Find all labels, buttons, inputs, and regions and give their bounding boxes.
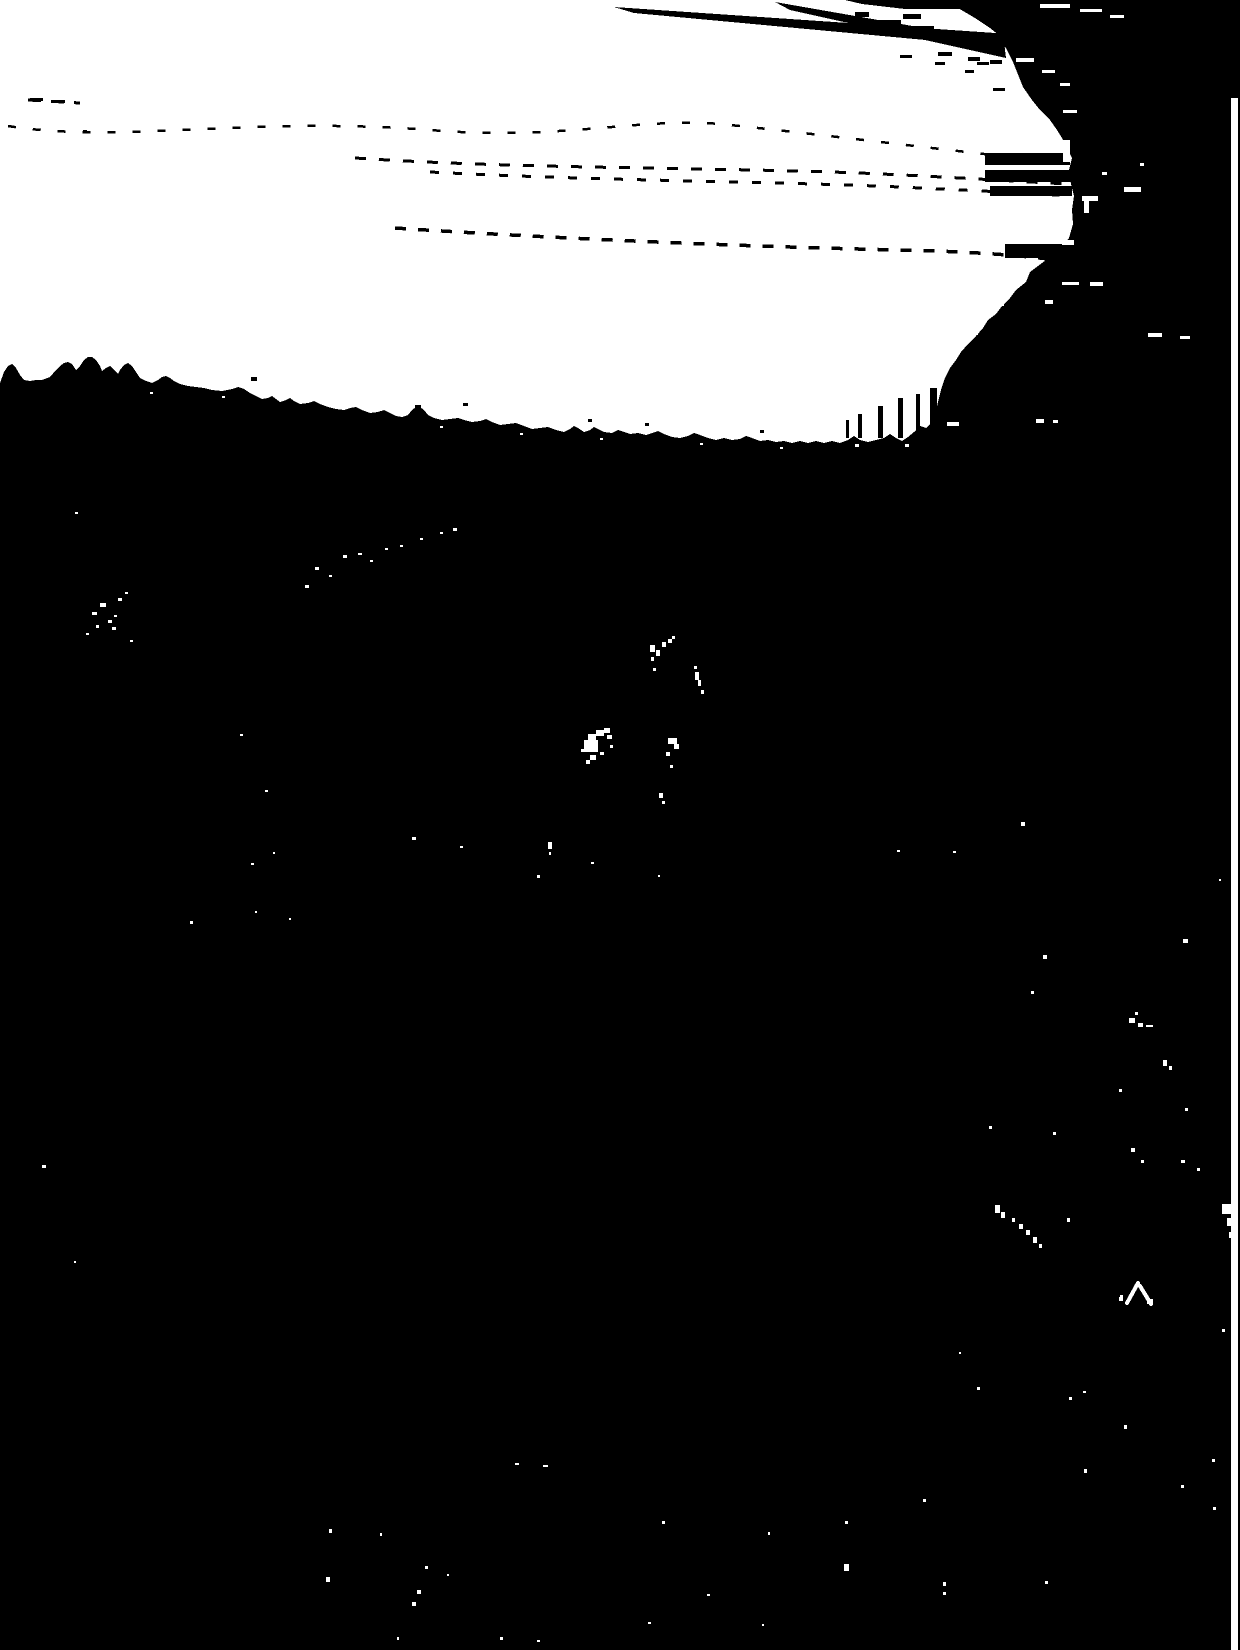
speckle xyxy=(326,1577,330,1582)
speckle xyxy=(1039,1244,1042,1248)
thin-tree xyxy=(916,394,920,436)
speckle xyxy=(953,851,956,853)
speckle xyxy=(1232,1276,1235,1279)
speckle xyxy=(1135,1012,1138,1015)
speckle xyxy=(1138,1023,1143,1027)
thin-tree xyxy=(858,414,862,438)
speckle xyxy=(1045,1581,1048,1584)
white-artifact xyxy=(1062,240,1074,245)
speckle xyxy=(150,392,153,394)
speckle xyxy=(656,650,660,656)
speckle xyxy=(977,1387,980,1390)
speckle xyxy=(255,911,257,913)
speckle xyxy=(118,598,122,601)
speckle xyxy=(1163,1060,1167,1066)
thin-tree xyxy=(846,420,849,438)
speckle xyxy=(425,1566,428,1569)
speckle xyxy=(412,837,416,840)
speckle xyxy=(1067,1218,1070,1222)
binarized-outdoor-photo xyxy=(0,0,1240,1650)
speckle xyxy=(397,1637,399,1640)
speckle xyxy=(923,1499,926,1502)
speckle xyxy=(943,1582,946,1586)
speckle xyxy=(537,875,540,878)
speckle xyxy=(543,1465,548,1467)
speckle xyxy=(588,734,596,740)
white-artifact xyxy=(998,302,1004,306)
speckle xyxy=(701,690,704,694)
speckle xyxy=(672,636,675,639)
white-artifact xyxy=(1036,419,1044,423)
speckle xyxy=(674,744,679,749)
white-artifact xyxy=(1124,187,1141,192)
white-artifact xyxy=(1080,9,1102,12)
speckle xyxy=(844,1564,849,1571)
edge-stripe xyxy=(1231,98,1238,1650)
speckle xyxy=(700,443,703,445)
speckle xyxy=(1012,1218,1015,1222)
speckle xyxy=(1019,1224,1023,1229)
speckle xyxy=(1185,1108,1188,1111)
speckle xyxy=(1213,1507,1216,1510)
sky-dash xyxy=(912,26,934,32)
speckle xyxy=(653,668,656,671)
speckle xyxy=(1219,879,1221,881)
speckle xyxy=(707,1594,710,1596)
speckle xyxy=(600,438,603,440)
speckle xyxy=(380,1533,382,1536)
speckle xyxy=(905,444,909,447)
speckle xyxy=(658,875,660,877)
speckle xyxy=(845,1521,848,1524)
white-artifact xyxy=(1090,282,1103,286)
speckle xyxy=(586,760,590,764)
floater-dot xyxy=(415,405,421,408)
speckle xyxy=(453,528,457,531)
white-artifact xyxy=(1148,333,1162,337)
speckle xyxy=(108,620,112,623)
speckle xyxy=(1119,1297,1123,1301)
speckle xyxy=(417,1590,421,1594)
speckle xyxy=(74,1261,76,1263)
speckle xyxy=(343,555,347,558)
speckle xyxy=(549,852,551,855)
speckle xyxy=(1229,1232,1234,1238)
speckle xyxy=(385,548,388,550)
speckle xyxy=(897,850,900,852)
speckle xyxy=(370,560,373,562)
white-artifact xyxy=(1102,172,1107,175)
white-artifact xyxy=(1084,201,1089,213)
speckle xyxy=(666,752,670,756)
speckle xyxy=(943,1592,946,1595)
speckle xyxy=(659,793,663,798)
sky-dash xyxy=(903,14,921,19)
speckle xyxy=(240,734,243,736)
sky-dash xyxy=(935,62,945,65)
speckle xyxy=(648,1622,651,1624)
speckle xyxy=(100,603,106,607)
thin-tree xyxy=(898,398,903,438)
speckle xyxy=(92,612,97,615)
speckle xyxy=(695,672,699,680)
speckle xyxy=(1031,991,1034,994)
thin-tree xyxy=(930,388,937,426)
sky-dash xyxy=(83,130,87,133)
speckle xyxy=(460,846,463,848)
sky-dash xyxy=(900,55,912,58)
sky-dash xyxy=(968,57,980,61)
speckle xyxy=(1222,1329,1225,1332)
speckle xyxy=(1119,1089,1122,1092)
speckle xyxy=(222,396,225,398)
speckle xyxy=(662,801,665,804)
speckle xyxy=(412,1602,416,1606)
floater-dot xyxy=(251,377,257,381)
speckle xyxy=(1227,1218,1234,1226)
speckle xyxy=(273,852,275,854)
speckle xyxy=(1181,1485,1184,1488)
speckle xyxy=(1053,1132,1056,1135)
speckle xyxy=(607,735,612,739)
speckle xyxy=(400,545,403,547)
photo-canvas xyxy=(0,0,1240,1650)
speckle xyxy=(315,567,319,570)
white-artifact xyxy=(1040,4,1070,8)
floater-dot xyxy=(463,403,468,406)
white-artifact xyxy=(1140,163,1144,166)
speckle xyxy=(768,1532,770,1535)
white-artifact xyxy=(1060,83,1070,86)
speckle xyxy=(251,863,254,865)
speckle xyxy=(855,444,859,447)
speckle xyxy=(86,633,89,635)
speckle xyxy=(584,740,598,752)
speckle xyxy=(329,575,332,577)
speckle xyxy=(694,666,697,669)
speckle xyxy=(596,730,604,736)
speckle xyxy=(300,397,303,399)
speckle xyxy=(668,639,672,643)
speckle xyxy=(75,512,78,514)
speckle xyxy=(1181,1160,1185,1163)
right-edge-stripe-artifact xyxy=(1231,98,1238,1650)
wire-merge-band xyxy=(985,170,1073,182)
speckle xyxy=(668,738,677,744)
sky-dash xyxy=(948,34,968,40)
white-artifact xyxy=(1110,15,1124,18)
sky-dash xyxy=(30,98,43,101)
speckle xyxy=(1043,955,1047,959)
speckle xyxy=(1021,822,1025,826)
white-artifact xyxy=(1063,110,1077,113)
speckle xyxy=(662,642,666,647)
speckle xyxy=(1141,1160,1144,1163)
speckle xyxy=(995,1205,1000,1213)
floater-dot xyxy=(588,419,592,422)
white-artifact xyxy=(1045,300,1053,304)
speckle xyxy=(610,745,613,748)
speckle xyxy=(581,749,585,752)
speckle xyxy=(305,585,309,588)
speckle xyxy=(600,752,604,755)
speckle xyxy=(959,1352,961,1354)
wire-merge-band xyxy=(993,88,1005,91)
sky-dash xyxy=(965,70,974,73)
sky-dash xyxy=(855,12,869,17)
floater-dot xyxy=(760,430,764,433)
speckle xyxy=(989,1126,992,1129)
white-artifact xyxy=(1042,70,1055,73)
sky-dash xyxy=(990,60,1002,64)
sky-dash xyxy=(938,52,952,56)
speckle xyxy=(329,1529,332,1533)
speckle xyxy=(537,1640,540,1642)
speckle xyxy=(698,680,701,686)
thin-tree xyxy=(878,406,883,438)
speckle xyxy=(1124,1425,1127,1429)
sky-dash xyxy=(1040,85,1058,107)
speckle xyxy=(548,842,552,849)
speckle xyxy=(440,426,443,428)
speckle xyxy=(651,657,654,661)
wire-merge-band xyxy=(1005,244,1073,258)
speckle xyxy=(1146,1025,1153,1027)
speckle xyxy=(363,388,366,391)
speckle xyxy=(1001,1212,1005,1218)
speckle xyxy=(515,1463,519,1465)
speckle xyxy=(1169,1066,1172,1070)
white-artifact xyxy=(1053,420,1058,423)
white-artifact xyxy=(1016,58,1034,62)
speckle xyxy=(591,862,594,864)
speckle xyxy=(265,790,268,792)
white-artifact xyxy=(947,422,959,426)
floater-dot xyxy=(645,423,649,426)
speckle xyxy=(1212,1459,1215,1462)
speckle xyxy=(1131,1148,1135,1152)
speckle xyxy=(114,615,117,617)
speckle xyxy=(358,553,362,555)
white-artifact xyxy=(1180,336,1190,339)
speckle xyxy=(42,1165,46,1168)
speckle xyxy=(604,728,610,733)
sky-dash xyxy=(56,100,65,103)
speckle xyxy=(289,918,291,920)
speckle xyxy=(1222,1204,1231,1214)
white-artifact xyxy=(946,290,955,293)
speckle xyxy=(670,765,673,768)
sky-dash xyxy=(978,44,994,49)
speckle xyxy=(1026,1230,1030,1235)
speckle xyxy=(780,447,783,449)
white-artifact xyxy=(1063,140,1070,162)
speckle xyxy=(1083,1391,1086,1393)
sky-dash xyxy=(875,20,901,27)
speckle xyxy=(500,1637,503,1640)
speckle xyxy=(420,538,423,540)
speckle xyxy=(662,1521,665,1524)
speckle xyxy=(1183,939,1188,943)
speckle xyxy=(1069,1397,1072,1400)
speckle xyxy=(130,640,133,642)
wire-merge-band xyxy=(977,62,989,65)
speckle xyxy=(1033,1237,1037,1243)
speckle xyxy=(447,1574,449,1576)
speckle xyxy=(112,627,116,630)
white-artifact xyxy=(1062,282,1079,285)
speckle xyxy=(96,625,99,628)
white-artifact xyxy=(970,330,978,335)
speckle xyxy=(650,645,655,652)
white-artifact xyxy=(1082,196,1098,201)
speckle xyxy=(440,532,443,534)
speckle xyxy=(190,921,193,924)
speckle xyxy=(520,433,523,435)
speckle xyxy=(1129,1018,1135,1023)
speckle xyxy=(762,1624,764,1626)
speckle xyxy=(1084,1469,1087,1473)
speckle xyxy=(590,755,596,760)
speckle xyxy=(125,592,128,594)
speckle xyxy=(1197,1168,1200,1171)
